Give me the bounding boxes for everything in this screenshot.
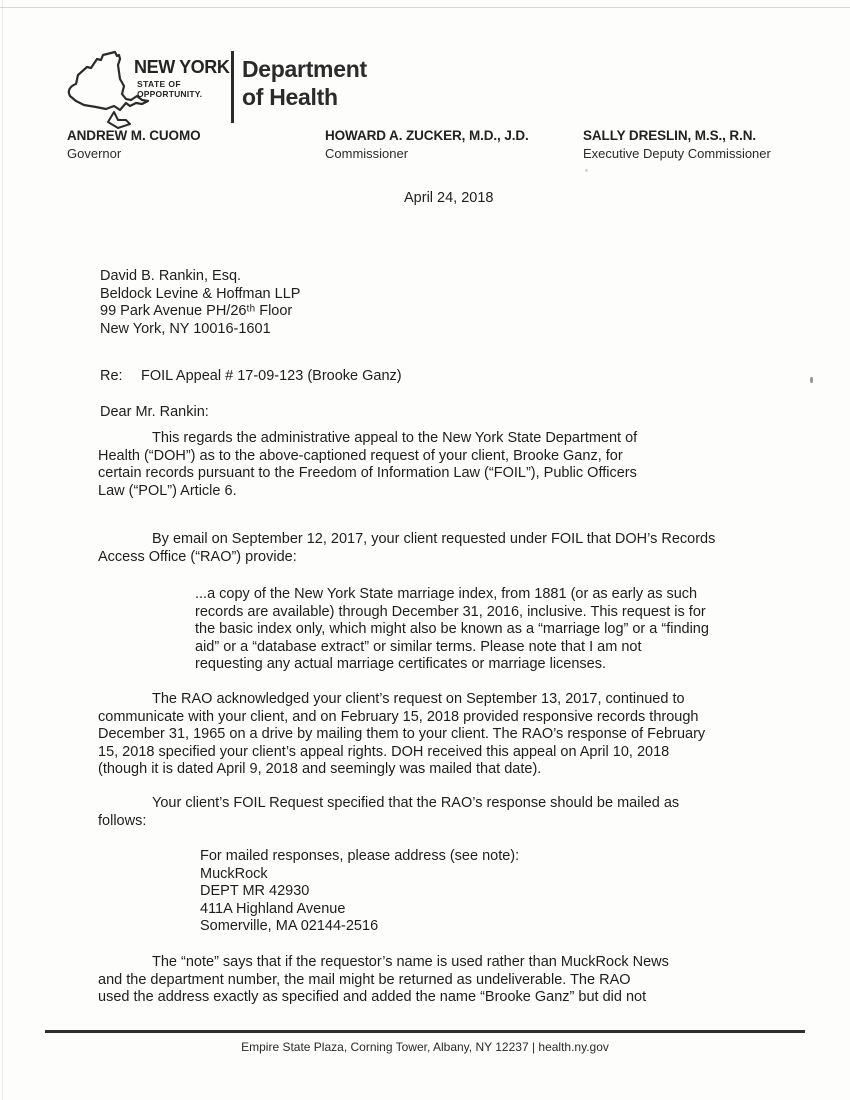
footer-address: Empire State Plaza, Corning Tower, Alban… [45,1040,805,1054]
letter-date: April 24, 2018 [404,190,493,208]
paragraph-rao-response: The RAO acknowledged your client’s reque… [98,691,828,779]
paragraph-appeal-intro: This regards the administrative appeal t… [98,430,808,500]
official-title: Executive Deputy Commissioner [583,146,771,161]
re-label: Re: [100,368,123,386]
recipient-address-block: David B. Rankin, Esq. Beldock Levine & H… [100,268,300,338]
paragraph-request-intro: By email on September 12, 2017, your cli… [98,531,828,566]
quoted-request-text: ...a copy of the New York State marriage… [195,586,795,674]
official-title: Governor [67,146,201,161]
official-deputy-commissioner: SALLY DRESLIN, M.S., R.N. Executive Depu… [583,128,771,161]
official-commissioner: HOWARD A. ZUCKER, M.D., J.D. Commissione… [325,128,529,161]
official-title: Commissioner [325,146,529,161]
official-name: SALLY DRESLIN, M.S., R.N. [583,128,771,143]
brand-opportunity: OPPORTUNITY. [137,89,202,99]
salutation: Dear Mr. Rankin: [100,404,209,422]
paragraph-note-explanation: The “note” says that if the requestor’s … [98,954,818,1007]
scan-edge-artifact [2,0,3,1100]
brand-state-of: STATE OF [137,79,181,89]
mailing-address-block: For mailed responses, please address (se… [200,848,519,936]
scan-speck [810,377,813,383]
footer-divider [45,1030,805,1033]
official-governor: ANDREW M. CUOMO Governor [67,128,201,161]
re-subject: FOIL Appeal # 17-09-123 (Brooke Ganz) [141,368,402,386]
official-name: HOWARD A. ZUCKER, M.D., J.D. [325,128,529,143]
scanned-letter-page: NEW YORK STATE OF OPPORTUNITY. Departmen… [0,0,850,1100]
official-name: ANDREW M. CUOMO [67,128,201,143]
scan-edge-artifact [0,7,850,8]
scan-speck [585,169,588,172]
paragraph-mailing-spec: Your client’s FOIL Request specified tha… [98,795,808,830]
department-name: Department of Health [242,55,367,111]
logo-divider [231,51,234,123]
brand-new-york: NEW YORK [134,57,229,78]
